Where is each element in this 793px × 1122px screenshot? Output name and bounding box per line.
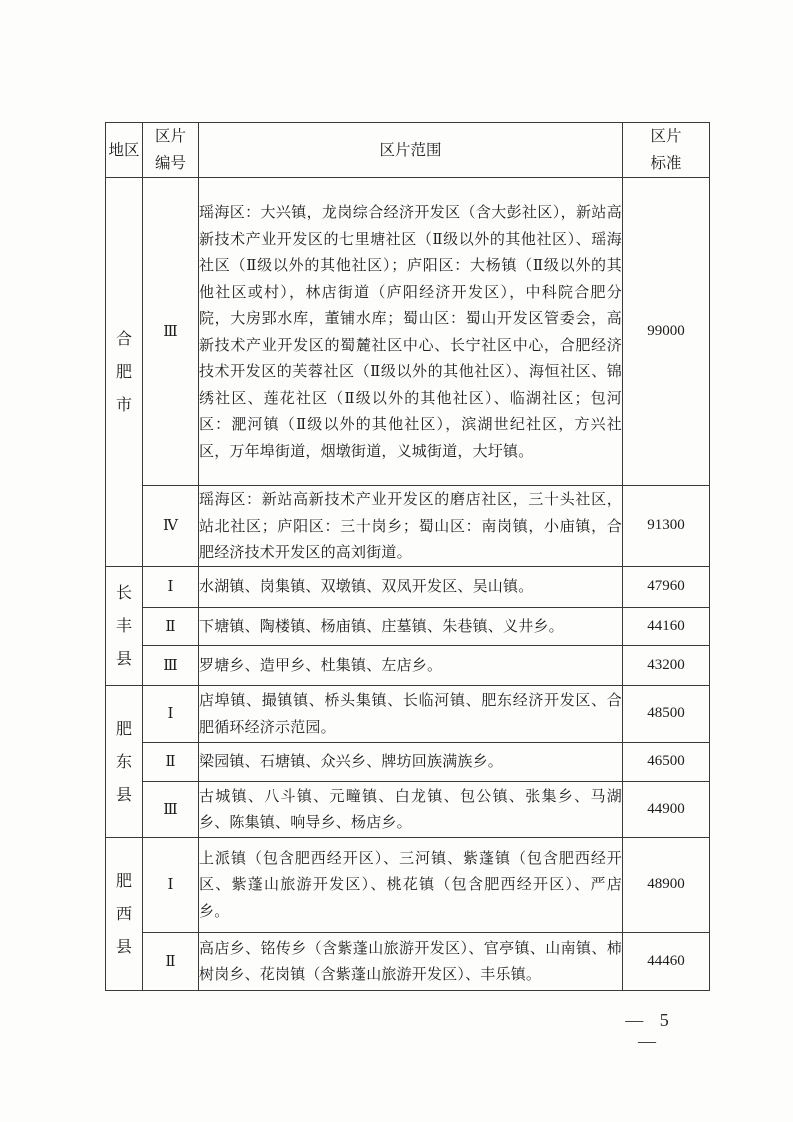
zone-standard-cell: 44160 [623,607,710,645]
zone-scope-cell: 瑶海区：大兴镇，龙岗综合经济开发区（含大彭社区），新站高新技术产业开发区的七里塘… [199,178,623,486]
header-zone-code: 区片编号 [143,123,199,178]
zone-scope-cell: 高店乡、铭传乡（含紫蓬山旅游开发区）、官亭镇、山南镇、柿树岗乡、花岗镇（含紫蓬山… [199,932,623,990]
table-row: 长丰县 Ⅰ 水湖镇、岗集镇、双墩镇、双凤开发区、吴山镇。 47960 [106,566,710,607]
zone-code-cell: Ⅱ [143,607,199,645]
zone-code-cell: Ⅳ [143,486,199,567]
land-zone-standard-table: 地区 区片编号 区片范围 区片标准 合肥市 Ⅲ 瑶海区：大兴镇，龙岗综合经济开发… [105,122,710,991]
zone-code-cell: Ⅲ [143,645,199,685]
zone-scope-cell: 水湖镇、岗集镇、双墩镇、双凤开发区、吴山镇。 [199,566,623,607]
region-cell: 合肥市 [106,178,143,567]
zone-standard-cell: 46500 [623,742,710,781]
zone-standard-cell: 44900 [623,781,710,837]
table-row: 肥东县 Ⅰ 店埠镇、撮镇镇、桥头集镇、长临河镇、肥东经济开发区、合肥循环经济示范… [106,685,710,742]
zone-standard-cell: 47960 [623,566,710,607]
table-row: Ⅱ 高店乡、铭传乡（含紫蓬山旅游开发区）、官亭镇、山南镇、柿树岗乡、花岗镇（含紫… [106,932,710,990]
zone-standard-cell: 44460 [623,932,710,990]
zone-scope-cell: 下塘镇、陶楼镇、杨庙镇、庄墓镇、朱巷镇、义井乡。 [199,607,623,645]
zone-scope-cell: 上派镇（包含肥西经开区）、三河镇、紫蓬镇（包含肥西经开区、紫蓬山旅游开发区）、桃… [199,837,623,932]
region-label: 肥东县 [115,712,133,811]
table-row: Ⅳ 瑶海区：新站高新技术产业开发区的磨店社区，三十头社区，站北社区；庐阳区：三十… [106,486,710,567]
header-zone-scope: 区片范围 [199,123,623,178]
zone-code-cell: Ⅰ [143,685,199,742]
page-number: — 5 — [610,1010,690,1052]
region-label: 肥西县 [115,864,133,963]
zone-code-cell: Ⅰ [143,566,199,607]
zone-scope-cell: 古城镇、八斗镇、元疃镇、白龙镇、包公镇、张集乡、马湖乡、陈集镇、响导乡、杨店乡。 [199,781,623,837]
header-zone-code-label: 区片编号 [154,123,188,177]
zone-scope-cell: 瑶海区：新站高新技术产业开发区的磨店社区，三十头社区，站北社区；庐阳区：三十岗乡… [199,486,623,567]
zone-code-cell: Ⅱ [143,742,199,781]
region-cell: 长丰县 [106,566,143,685]
zone-scope-cell: 梁园镇、石塘镇、众兴乡、牌坊回族满族乡。 [199,742,623,781]
zone-code-cell: Ⅲ [143,781,199,837]
table-row: 合肥市 Ⅲ 瑶海区：大兴镇，龙岗综合经济开发区（含大彭社区），新站高新技术产业开… [106,178,710,486]
region-cell: 肥东县 [106,685,143,837]
zone-code-cell: Ⅱ [143,932,199,990]
zone-standard-cell: 99000 [623,178,710,486]
zone-code-cell: Ⅲ [143,178,199,486]
header-region-label: 地区 [107,137,141,164]
header-zone-standard-label: 区片标准 [649,123,683,177]
header-region: 地区 [106,123,143,178]
zone-standard-cell: 43200 [623,645,710,685]
table-row: Ⅲ 古城镇、八斗镇、元疃镇、白龙镇、包公镇、张集乡、马湖乡、陈集镇、响导乡、杨店… [106,781,710,837]
table-row: Ⅱ 梁园镇、石塘镇、众兴乡、牌坊回族满族乡。 46500 [106,742,710,781]
table-row: Ⅲ 罗塘乡、造甲乡、杜集镇、左店乡。 43200 [106,645,710,685]
zone-standard-cell: 91300 [623,486,710,567]
region-label: 合肥市 [115,322,133,421]
region-label: 长丰县 [115,576,133,675]
zone-scope-cell: 店埠镇、撮镇镇、桥头集镇、长临河镇、肥东经济开发区、合肥循环经济示范园。 [199,685,623,742]
header-zone-scope-label: 区片范围 [379,141,441,159]
table-row: 肥西县 Ⅰ 上派镇（包含肥西经开区）、三河镇、紫蓬镇（包含肥西经开区、紫蓬山旅游… [106,837,710,932]
table-row: Ⅱ 下塘镇、陶楼镇、杨庙镇、庄墓镇、朱巷镇、义井乡。 44160 [106,607,710,645]
table-header-row: 地区 区片编号 区片范围 区片标准 [106,123,710,178]
zone-standard-cell: 48900 [623,837,710,932]
zone-standard-cell: 48500 [623,685,710,742]
header-zone-standard: 区片标准 [623,123,710,178]
document-page: 地区 区片编号 区片范围 区片标准 合肥市 Ⅲ 瑶海区：大兴镇，龙岗综合经济开发… [0,0,793,1122]
region-cell: 肥西县 [106,837,143,990]
zone-scope-cell: 罗塘乡、造甲乡、杜集镇、左店乡。 [199,645,623,685]
zone-code-cell: Ⅰ [143,837,199,932]
